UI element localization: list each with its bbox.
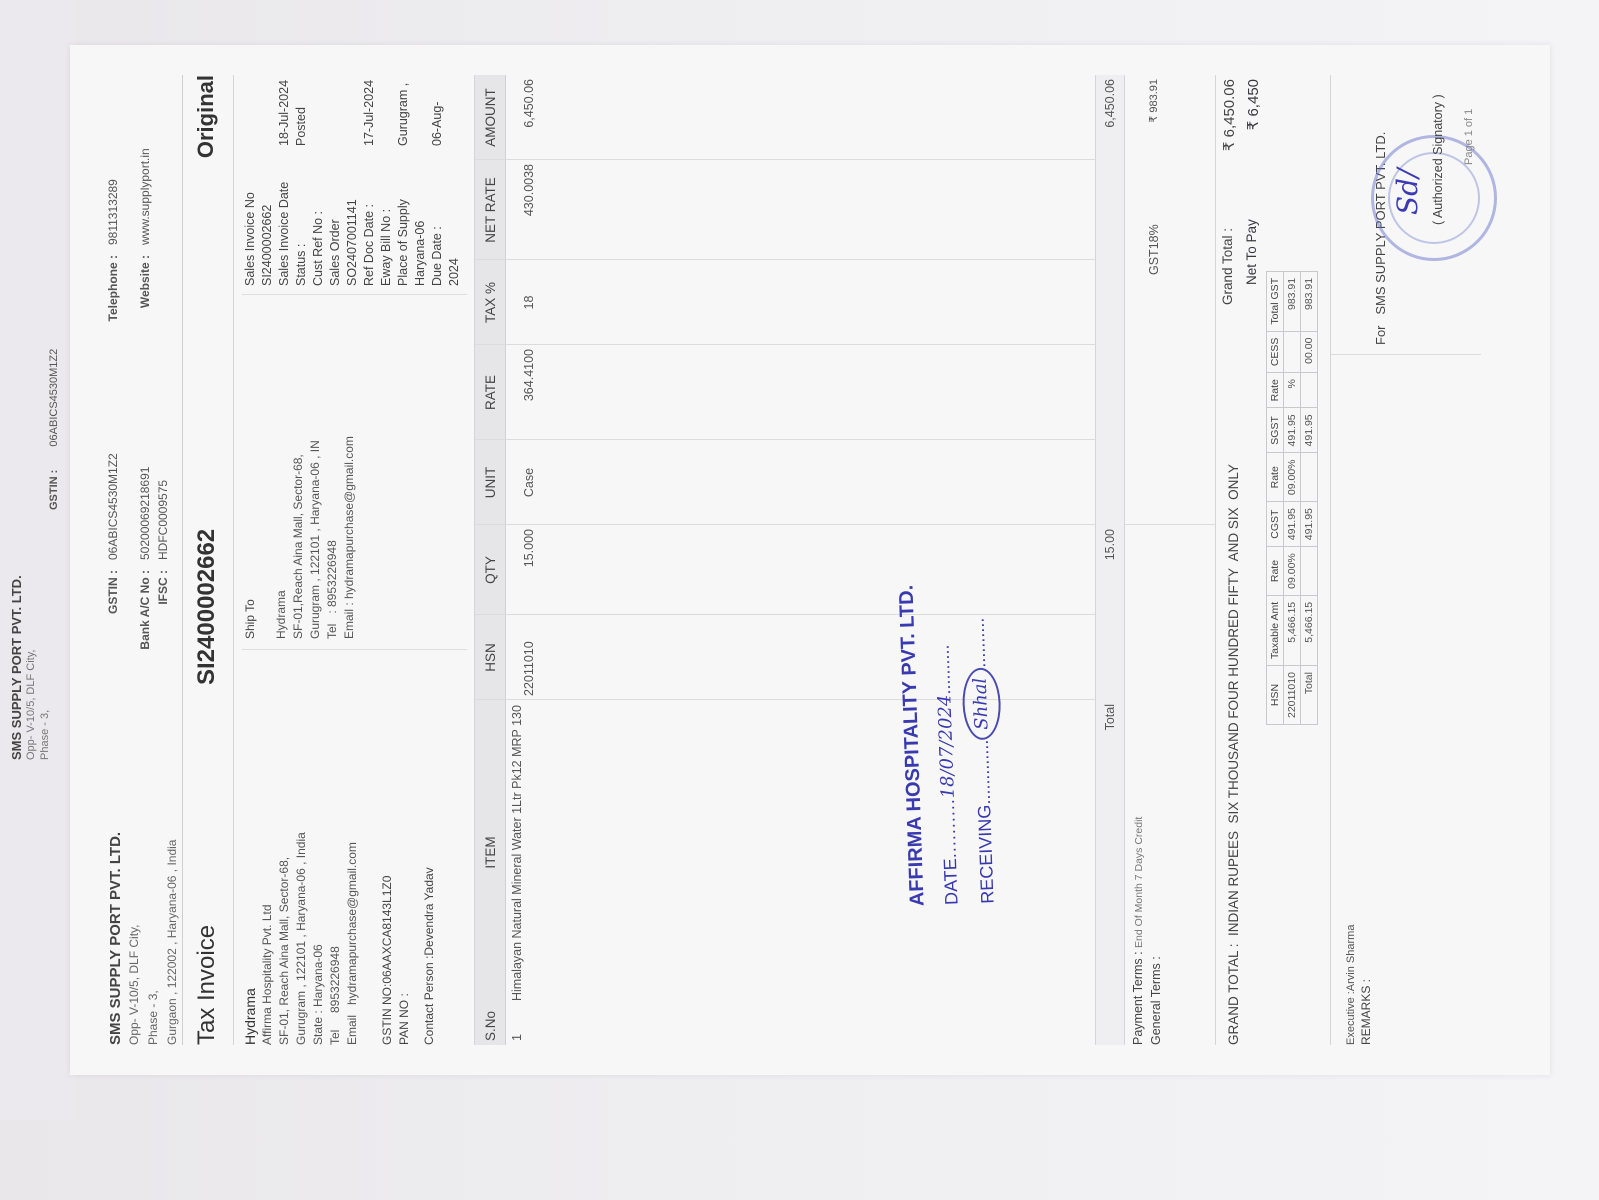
cell-sno: 1 [510, 1005, 536, 1045]
col-net-rate: NET RATE [483, 160, 498, 260]
stamp-date-value: 18/07/2024 [934, 694, 959, 798]
gst-cell: 09.00% [1284, 547, 1301, 596]
bank-label: Bank A/C No : [136, 570, 154, 650]
gst-cell [1301, 547, 1318, 596]
table-row: 1 Himalayan Natural Mineral Water 1Ltr P… [506, 75, 536, 1045]
gst-cell [1301, 373, 1318, 408]
items-header: S.No ITEM HSN QTY UNIT RATE TAX % NET RA… [475, 75, 506, 1045]
total-amount: 6,450.06 [1103, 75, 1117, 525]
gst-cell [1301, 453, 1318, 502]
ship-to-line: Email : hydramapurchase@gmail.com [341, 289, 358, 639]
meta-value: 17-Jul-2024 [362, 80, 376, 146]
meta-row: Ref Doc Date :17-Jul-2024 [361, 75, 378, 286]
meta-row: Due Date :06-Aug-2024 [429, 75, 463, 286]
gst-cell: 983.91 [1284, 271, 1301, 331]
gst-cell: 983.91 [1301, 271, 1318, 331]
cell-rate: 364.4100 [510, 345, 536, 440]
tel-label: Telephone : [104, 255, 122, 345]
bill-to-line: State : Haryana-06 [310, 685, 327, 1045]
meta-row: Eway Bill No : [378, 75, 395, 286]
doc-type: Tax Invoice [193, 925, 221, 1045]
cell-amount: 6,450.06 [510, 75, 536, 160]
stamp-date-label: DATE [940, 858, 962, 905]
seller-web: www.supplyport.in [136, 148, 154, 245]
ship-to: Ship To Hydrama SF-01,Reach Aina Mall, S… [242, 289, 467, 650]
ship-to-line: SF-01,Reach Aina Mall, Sector-68, [290, 289, 307, 639]
meta-value: SI2400002662 [260, 205, 274, 286]
ship-to-line: Gurugram , 122101 , Haryana-06 , IN [307, 289, 324, 639]
receiver-signature: Shhal [961, 667, 1001, 740]
cell-unit: Case [510, 440, 536, 525]
col-item: ITEM [483, 700, 498, 1005]
seller-bank: 50200069218691 [136, 467, 154, 560]
meta-row: Status :Posted [293, 75, 310, 286]
bill-to-gstin: GSTIN NO:06AAXCA8143L1Z0 [379, 685, 396, 1045]
meta-value: SO2407001141 [345, 199, 359, 286]
gst-cell: 491.95 [1284, 408, 1301, 453]
meta-key: Sales Invoice No [242, 146, 259, 286]
meta-row: Place of SupplyGurugram , Haryana-06 [395, 75, 429, 286]
gstin-label: GSTIN : [104, 570, 122, 650]
meta-row: Cust Ref No : [310, 75, 327, 286]
col-amount: AMOUNT [483, 75, 498, 160]
back-addr2: Phase - 3, [38, 575, 52, 760]
items-table: S.No ITEM HSN QTY UNIT RATE TAX % NET RA… [475, 75, 1096, 1045]
executive-name: Executive :Arvin Sharma [1345, 925, 1357, 1045]
cell-tax: 18 [510, 260, 536, 345]
gst-cell: HSN [1267, 666, 1284, 725]
gst-cell: CESS [1267, 331, 1284, 373]
gst-cell: 491.95 [1284, 502, 1301, 547]
authorized-signatory: ( Authorized Signatory ) [1431, 94, 1445, 225]
ship-to-line: Hydrama [273, 289, 290, 639]
bill-to-pan: PAN NO : [396, 685, 413, 1045]
meta-key: Cust Ref No : [310, 146, 327, 286]
seller-gstin: 06ABICS4530M1Z2 [104, 453, 122, 560]
meta-key: Sales Order [327, 146, 344, 286]
meta-key: Eway Bill No : [378, 146, 395, 286]
meta-value: 18-Jul-2024 [277, 80, 291, 146]
bill-to: Hydrama Affirma Hospitality Pvt. Ltd SF-… [242, 685, 438, 1045]
meta-value: Posted [294, 107, 308, 146]
meta-key: Status : [293, 146, 310, 286]
gst-cell: 491.95 [1301, 408, 1318, 453]
gst-cell: SGST [1267, 408, 1284, 453]
invoice-page: SMS SUPPLY PORT PVT. LTD. Opp- V-10/5, D… [70, 45, 1550, 1075]
net-to-pay-value: ₹ 6,450 [1244, 79, 1262, 130]
gst-cell: Rate [1267, 547, 1284, 596]
col-sno: S.No [483, 1005, 498, 1045]
authorized-signature: Sd/ [1391, 168, 1424, 215]
total-qty: 15.00 [1103, 525, 1117, 615]
gst-cell: Total GST [1267, 271, 1284, 331]
web-label: Website : [136, 255, 154, 345]
stamp-receiving-label: RECEIVING [974, 804, 997, 904]
page-number: Page 1 of 1 [1463, 109, 1475, 165]
receiving-stamp: AFFIRMA HOSPITALITY PVT. LTD. DATE......… [889, 582, 1007, 907]
terms-section: Payment Terms : End Of Month 7 Days Cred… [1125, 75, 1216, 1045]
seller-tel: 9811313289 [104, 179, 122, 245]
gst-cell: Rate [1267, 453, 1284, 502]
gst-cell: 491.95 [1301, 502, 1318, 547]
grand-total-value: ₹ 6,450.06 [1220, 79, 1238, 151]
back-gstin: 06ABICS4530M1Z2 [48, 349, 60, 447]
meta-key: Ref Doc Date : [361, 146, 378, 286]
gst-cell: Total [1301, 666, 1318, 725]
invoice-number: SI2400002662 [193, 529, 221, 685]
meta-row: Sales Invoice Date18-Jul-2024 [276, 75, 293, 286]
grand-total-label: Grand Total : [1220, 228, 1235, 305]
gst-table: HSNTaxable AmtRateCGSTRateSGSTRateCESSTo… [1266, 271, 1318, 725]
gst-cell: CGST [1267, 502, 1284, 547]
seller-ifsc: HDFC0009575 [154, 480, 172, 560]
gst-cell: Rate [1267, 373, 1284, 408]
meta-key: Sales Invoice Date [276, 146, 293, 286]
col-tax: TAX % [483, 260, 498, 345]
payment-terms-value: End Of Month 7 Days Credit [1133, 817, 1145, 948]
cell-hsn: 22011010 [510, 615, 536, 700]
col-qty: QTY [483, 525, 498, 615]
meta-key: Due Date : [429, 146, 446, 286]
back-sheet: SMS SUPPLY PORT PVT. LTD. Opp- V-10/5, D… [0, 0, 75, 1120]
gst-cell: 5,466.15 [1301, 595, 1318, 665]
ship-to-label: Ship To [242, 289, 259, 639]
seller-addr1: Opp- V-10/5, DLF City, [125, 832, 144, 1045]
remarks-label: REMARKS : [1359, 979, 1373, 1045]
gst-label: GST18% [1147, 224, 1161, 275]
bill-to-line: Gurugram , 122101 , Haryana-06 , India [293, 685, 310, 1045]
gst-cell: 09.00% [1284, 453, 1301, 502]
seller-addr2: Phase - 3, [144, 832, 163, 1045]
contact-person: Contact Person :Devendra Yadav [421, 685, 438, 1045]
meta-key: Place of Supply [395, 146, 412, 286]
cell-item: Himalayan Natural Mineral Water 1Ltr Pk1… [510, 700, 536, 1005]
amount-in-words: GRAND TOTAL : INDIAN RUPEES SIX THOUSAND… [1226, 464, 1241, 1045]
gst-cell: 00.00 [1301, 331, 1318, 373]
seller-name: SMS SUPPLY PORT PVT. LTD. [106, 832, 125, 1045]
cell-net-rate: 430.0038 [510, 160, 536, 260]
seller-header: SMS SUPPLY PORT PVT. LTD. Opp- V-10/5, D… [90, 75, 183, 1045]
col-rate: RATE [483, 345, 498, 440]
title-row: Tax Invoice SI2400002662 Original [183, 75, 234, 1045]
gst-cell: Taxable Amt [1267, 595, 1284, 665]
payment-terms-label: Payment Terms : [1131, 951, 1145, 1045]
col-unit: UNIT [483, 440, 498, 525]
bill-to-line: Email hydramapurchase@gmail.com [344, 685, 361, 1045]
back-gstin-label: GSTIN : [48, 470, 60, 510]
signature-section: Executive :Arvin Sharma REMARKS : For SM… [1330, 75, 1501, 1045]
bill-to-line: Affirma Hospitality Pvt. Ltd [259, 685, 276, 1045]
back-addr1: Opp- V-10/5, DLF City, [24, 575, 38, 760]
total-row: Total 15.00 6,450.06 [1096, 75, 1125, 1045]
cell-qty: 15.000 [510, 525, 536, 615]
back-company: SMS SUPPLY PORT PVT. LTD. [10, 575, 24, 760]
bill-to-line: Tel 8953226948 [327, 685, 344, 1045]
gst-value: ₹ 983.91 [1147, 79, 1160, 123]
invoice-meta: Sales Invoice NoSI2400002662Sales Invoic… [242, 75, 467, 295]
ship-to-line: Tel : 8953226948 [324, 289, 341, 639]
net-to-pay-label: Net To Pay [1244, 219, 1259, 285]
parties-section: Hydrama Affirma Hospitality Pvt. Ltd SF-… [234, 75, 475, 1045]
gst-cell: 22011010 [1284, 666, 1301, 725]
total-label: Total [1103, 700, 1117, 1045]
bill-to-line: SF-01, Reach Aina Mall, Sector-68, [276, 685, 293, 1045]
gst-cell: 5,466.15 [1284, 595, 1301, 665]
meta-row: Sales Invoice NoSI2400002662 [242, 75, 276, 286]
gst-cell [1284, 331, 1301, 373]
col-hsn: HSN [483, 615, 498, 700]
bill-to-name: Hydrama [242, 685, 259, 1045]
general-terms-label: General Terms : [1149, 956, 1163, 1045]
copy-label: Original [193, 75, 219, 158]
gst-cell: % [1284, 373, 1301, 408]
ifsc-label: IFSC : [154, 570, 172, 650]
seller-addr3: Gurgaon , 122002 , Haryana-06 , India [163, 832, 182, 1045]
meta-row: Sales OrderSO2407001141 [327, 75, 361, 286]
gst-summary: Net To Pay ₹ 6,450 HSNTaxable AmtRateCGS… [1250, 75, 1330, 1045]
